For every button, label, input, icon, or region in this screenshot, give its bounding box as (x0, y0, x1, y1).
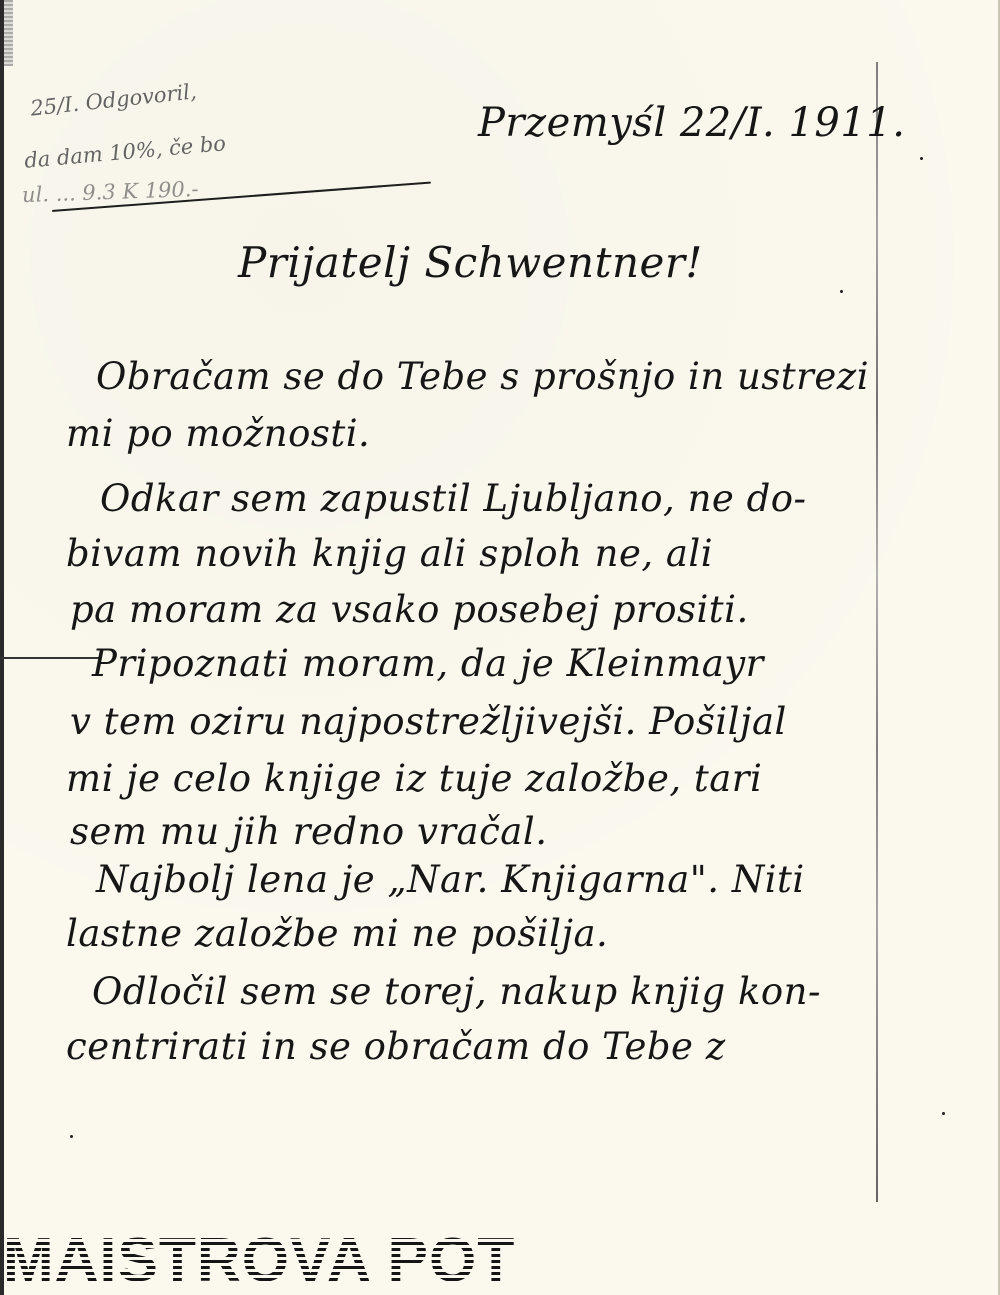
margin-note-line-2: da dam 10%, če bo (23, 131, 226, 173)
body-line-12: Odločil sem se torej, nakup knjig kon- (92, 970, 821, 1013)
body-line-8: mi je celo knjige iz tuje založbe, tari (66, 757, 762, 800)
scan-speck (920, 157, 923, 160)
body-line-13: centrirati in se obračam do Tebe z (66, 1025, 726, 1068)
body-line-7: v tem oziru najpostrežljivejši. Pošiljal (70, 700, 787, 743)
scan-speck (840, 290, 843, 293)
body-line-6: Pripoznati moram, da je Kleinmayr (92, 642, 764, 685)
body-line-3: Odkar sem zapustil Ljubljano, ne do- (100, 477, 807, 520)
body-line-9: sem mu jih redno vračal. (70, 810, 547, 853)
body-line-1: Obračam se do Tebe s prošnjo in ustrezi (96, 355, 869, 398)
scan-speck (942, 1112, 945, 1115)
stray-pen-stroke (0, 657, 100, 659)
scan-speck (70, 1135, 73, 1138)
scan-binding-strip (4, 0, 13, 66)
margin-note-line-1: 25/I. Odgovoril, (29, 79, 197, 120)
body-line-10: Najbolj lena je „Nar. Knjigarna". Niti (96, 858, 805, 901)
scan-left-edge (0, 0, 4, 1295)
body-line-4: bivam novih knjig ali sploh ne, ali (66, 532, 713, 575)
place-date: Przemyśl 22/I. 1911. (478, 100, 905, 146)
body-line-2: mi po možnosti. (66, 412, 370, 455)
salutation: Prijatelj Schwentner! (238, 238, 703, 287)
right-margin-rule (876, 62, 878, 1202)
letter-page: 25/I. Odgovoril, da dam 10%, če bo ul. .… (0, 0, 1000, 1295)
body-line-5: pa moram za vsako posebej prositi. (70, 588, 749, 631)
maistrova-pot-logo: MAISTROVA POT (3, 1230, 515, 1292)
body-line-11: lastne založbe mi ne pošilja. (66, 912, 608, 955)
